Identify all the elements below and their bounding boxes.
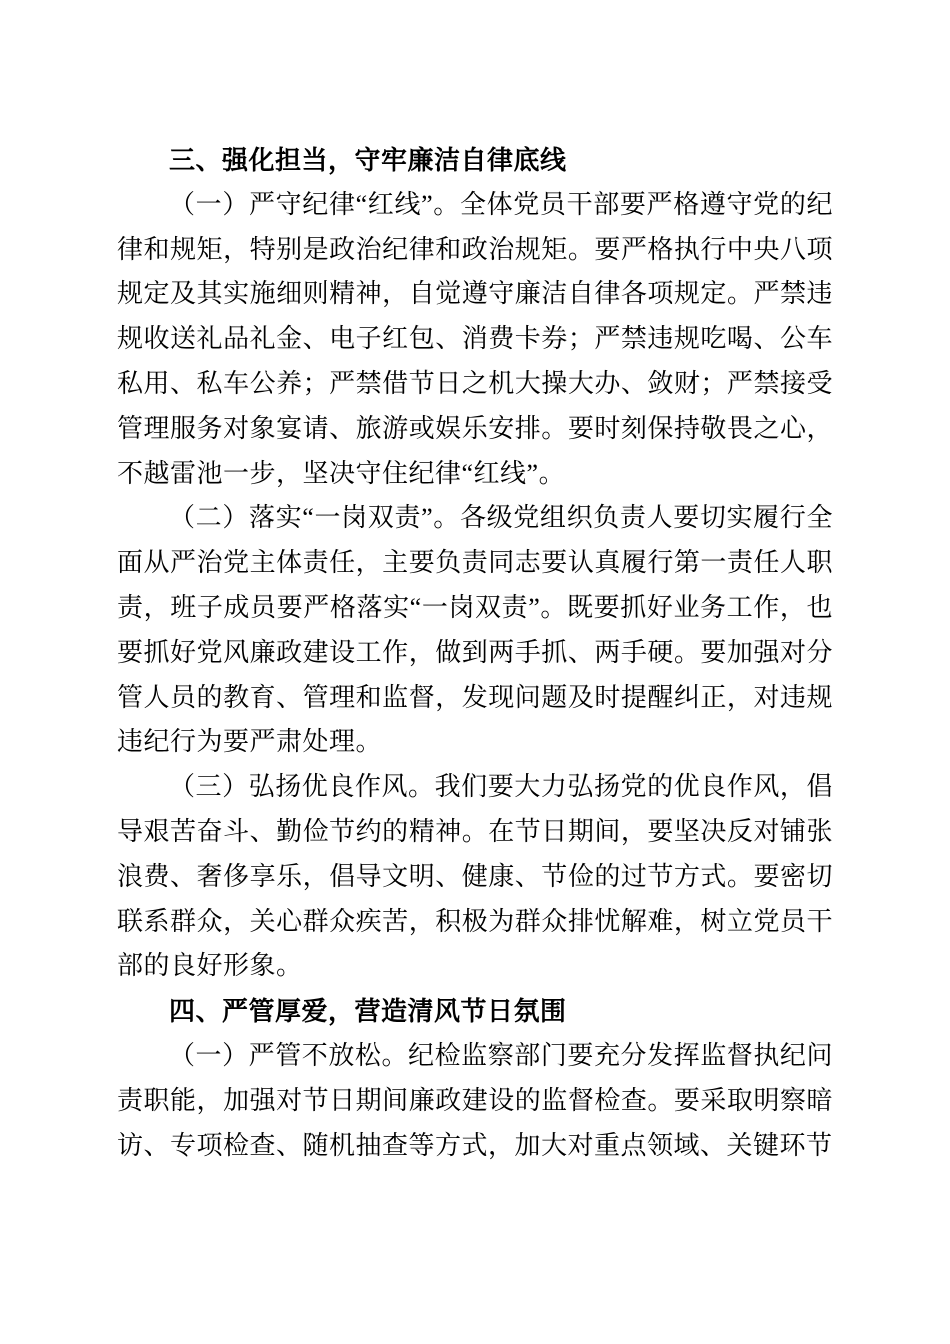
paragraph-discipline-red-line: （一）严守纪律“红线”。全体党员干部要严格遵守党的纪律和规矩，特别是政治纪律和政… (117, 183, 833, 497)
paragraph-promote-fine-conduct: （三）弘扬优良作风。我们要大力弘扬党的优良作风，倡导艰苦奋斗、勤俭节约的精神。在… (117, 765, 833, 989)
section-heading-four: 四、严管厚爱，营造清风节日氛围 (117, 989, 833, 1034)
document-text-block: 三、强化担当，守牢廉洁自律底线 （一）严守纪律“红线”。全体党员干部要严格遵守党… (117, 138, 833, 1168)
paragraph-strict-supervision: （一）严管不放松。纪检监察部门要充分发挥监督执纪问责职能，加强对节日期间廉政建设… (117, 1034, 833, 1168)
section-heading-three: 三、强化担当，守牢廉洁自律底线 (117, 138, 833, 183)
document-page: 三、强化担当，守牢廉洁自律底线 （一）严守纪律“红线”。全体党员干部要严格遵守党… (0, 0, 950, 1344)
paragraph-one-post-dual-duty: （二）落实“一岗双责”。各级党组织负责人要切实履行全面从严治党主体责任，主要负责… (117, 496, 833, 765)
